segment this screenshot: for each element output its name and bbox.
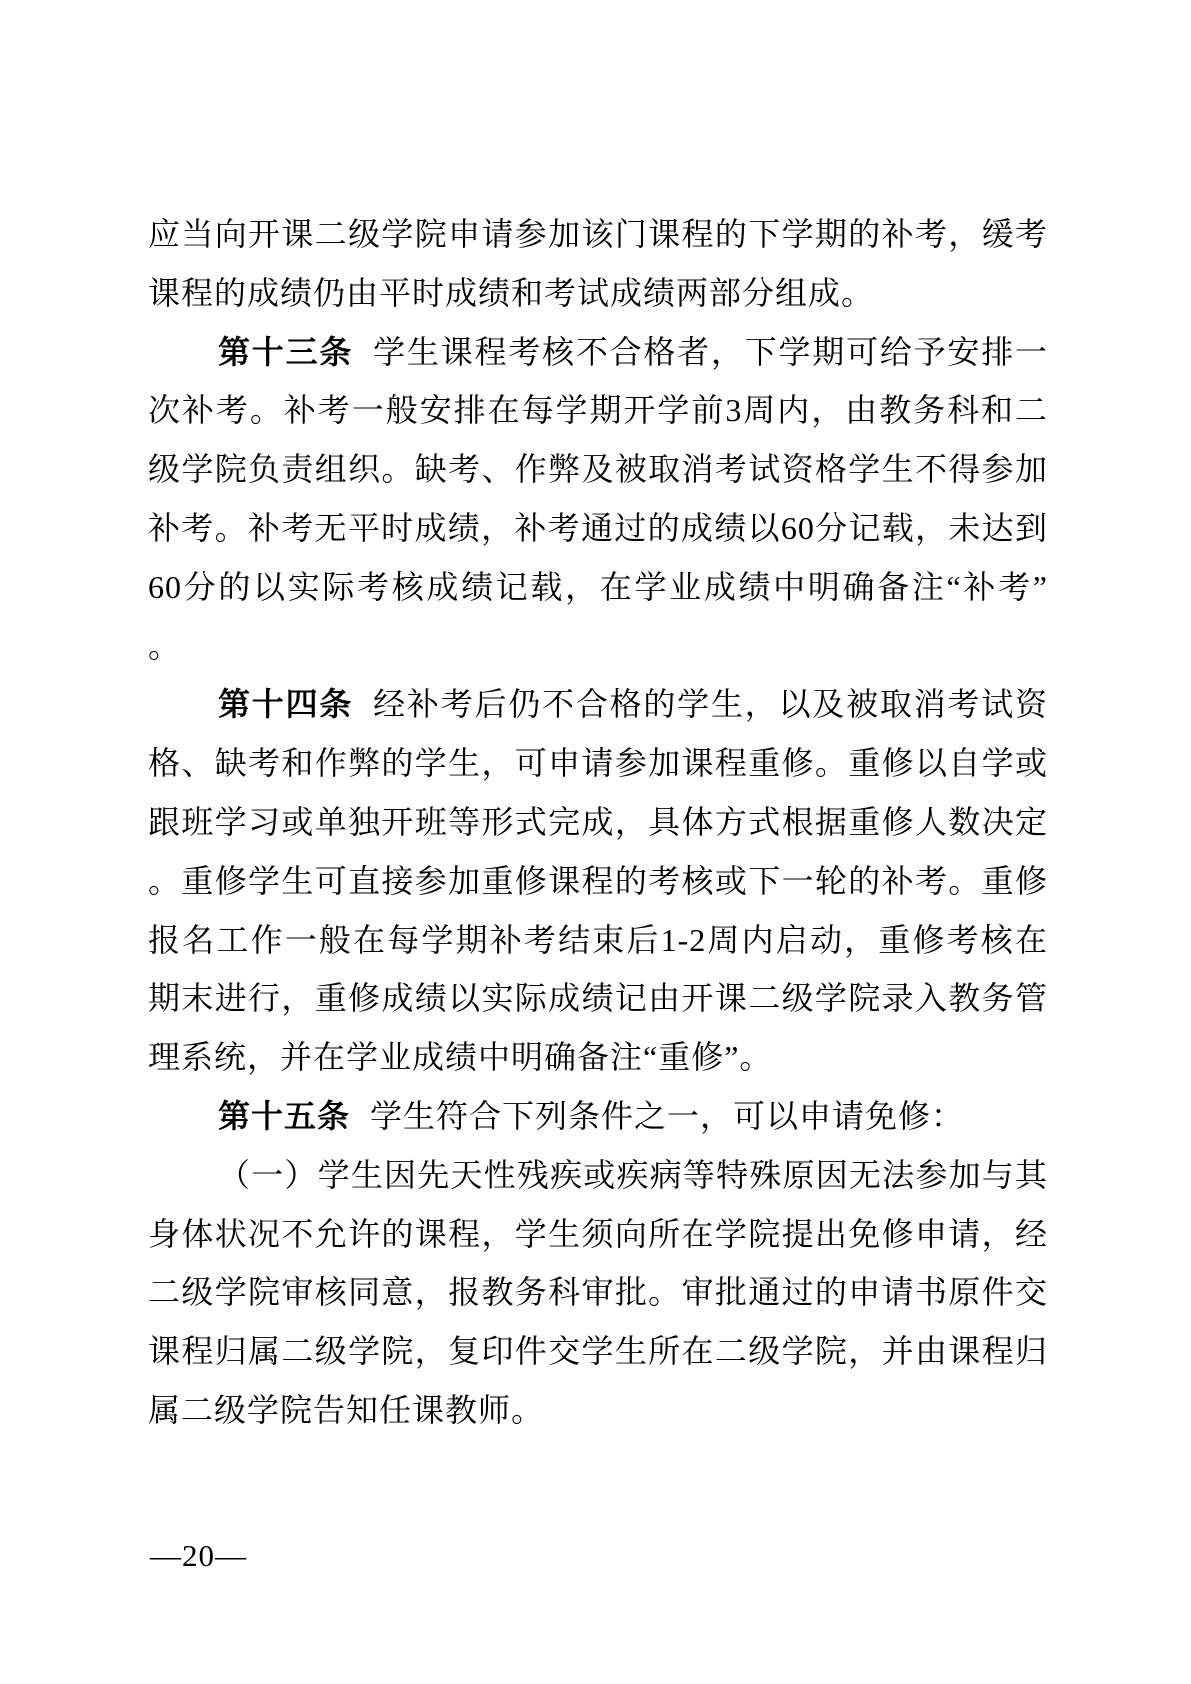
text-line: 60分的以实际考核成绩记载，在学业成绩中明确备注“补考” bbox=[148, 558, 1048, 617]
text-line: 补考。补考无平时成绩，补考通过的成绩以60分记载，未达到 bbox=[148, 499, 1048, 558]
text-line: 跟班学习或单独开班等形式完成，具体方式根据重修人数决定 bbox=[148, 793, 1048, 852]
text-line: 期末进行，重修成绩以实际成绩记由开课二级学院录入教务管 bbox=[148, 969, 1048, 1028]
document-text: 应当向开课二级学院申请参加该门课程的下学期的补考，缓考课程的成绩仍由平时成绩和考… bbox=[148, 205, 1048, 1440]
article-number: 第十三条 bbox=[218, 334, 353, 370]
text-line: 。重修学生可直接参加重修课程的考核或下一轮的补考。重修 bbox=[148, 852, 1048, 911]
page-number: —20— bbox=[150, 1538, 247, 1574]
text-line: 身体状况不允许的课程，学生须向所在学院提出免修申请，经 bbox=[148, 1205, 1048, 1264]
text-line: 应当向开课二级学院申请参加该门课程的下学期的补考，缓考 bbox=[148, 205, 1048, 264]
text-line: 格、缺考和作弊的学生，可申请参加课程重修。重修以自学或 bbox=[148, 734, 1048, 793]
text-line: 。 bbox=[148, 617, 1048, 676]
text-line: 报名工作一般在每学期补考结束后1-2周内启动，重修考核在 bbox=[148, 911, 1048, 970]
document-page: 应当向开课二级学院申请参加该门课程的下学期的补考，缓考课程的成绩仍由平时成绩和考… bbox=[0, 0, 1191, 1684]
article-heading-line: 第十三条学生课程考核不合格者，下学期可给予安排一 bbox=[148, 323, 1048, 382]
text-line: 级学院负责组织。缺考、作弊及被取消考试资格学生不得参加 bbox=[148, 440, 1048, 499]
text-line: 属二级学院告知任课教师。 bbox=[148, 1381, 1048, 1440]
text-line: 次补考。补考一般安排在每学期开学前3周内，由教务科和二 bbox=[148, 381, 1048, 440]
text-line: 课程归属二级学院，复印件交学生所在二级学院，并由课程归 bbox=[148, 1322, 1048, 1381]
article-number: 第十五条 bbox=[218, 1098, 350, 1134]
article-heading-line: 第十五条学生符合下列条件之一，可以申请免修： bbox=[148, 1087, 1048, 1146]
text-line: （一）学生因先天性残疾或疾病等特殊原因无法参加与其 bbox=[148, 1146, 1048, 1205]
text-line: 二级学院审核同意，报教务科审批。审批通过的申请书原件交 bbox=[148, 1263, 1048, 1322]
article-number: 第十四条 bbox=[218, 686, 353, 722]
text-line: 理系统，并在学业成绩中明确备注“重修”。 bbox=[148, 1028, 1048, 1087]
text-line: 课程的成绩仍由平时成绩和考试成绩两部分组成。 bbox=[148, 264, 1048, 323]
article-heading-line: 第十四条经补考后仍不合格的学生，以及被取消考试资 bbox=[148, 675, 1048, 734]
